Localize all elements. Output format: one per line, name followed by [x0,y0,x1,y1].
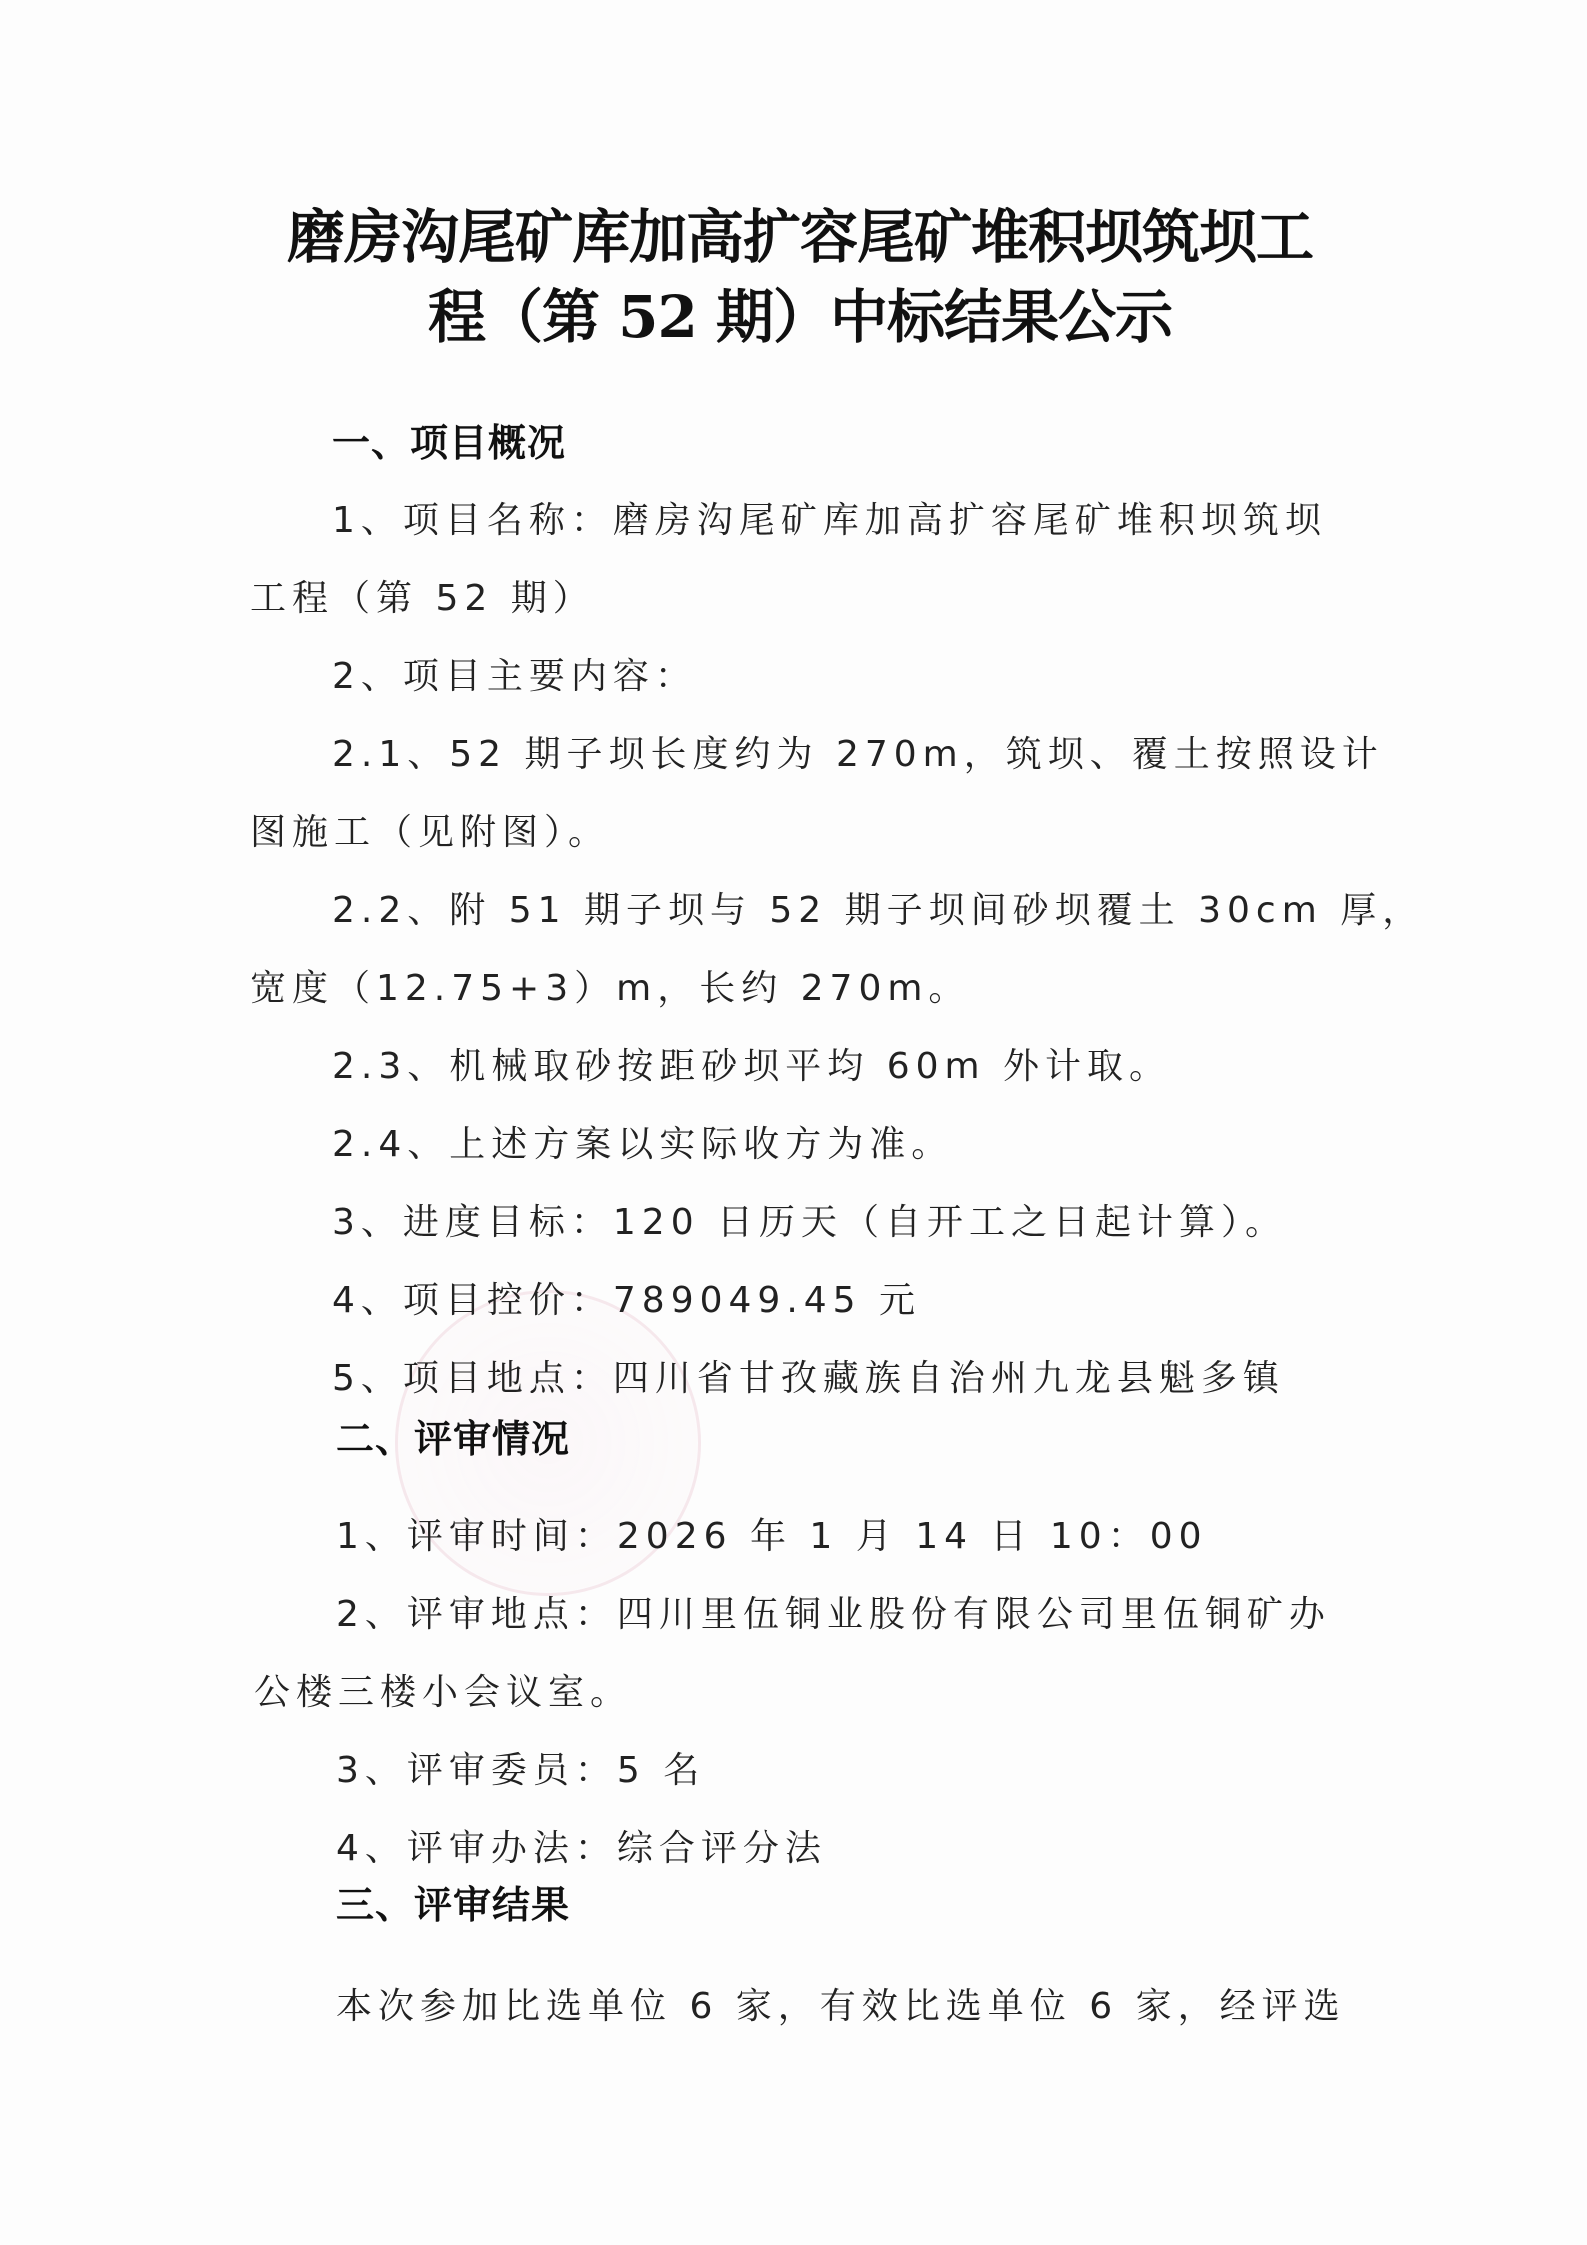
section-heading-project-overview: 一、项目概况 [332,412,566,467]
document-page: 磨房沟尾矿库加高扩容尾矿堆积坝筑坝工 程（第 52 期）中标结果公示 一、项目概… [0,0,1587,2245]
project-name-continued: 工程（第 52 期） [250,570,595,621]
project-location-line: 5、项目地点：四川省甘孜藏族自治州九龙县魁多镇 [332,1350,1285,1401]
review-method-line: 4、评审办法：综合评分法 [336,1820,827,1871]
content-item-2-1-continued: 图施工（见附图）。 [250,804,610,855]
review-location-continued: 公楼三楼小会议室。 [254,1664,632,1715]
content-item-2-1: 2.1、52 期子坝长度约为 270m，筑坝、覆土按照设计 [332,726,1384,777]
section-heading-review-result: 三、评审结果 [336,1874,570,1929]
document-title-line-2: 程（第 52 期）中标结果公示 [250,270,1350,354]
content-item-2-4: 2.4、上述方案以实际收方为准。 [332,1116,953,1167]
review-committee-line: 3、评审委员：5 名 [336,1742,705,1793]
price-control-line: 4、项目控价：789049.45 元 [332,1272,921,1323]
main-content-label: 2、项目主要内容： [332,648,697,699]
content-item-2-2: 2.2、附 51 期子坝与 52 期子坝间砂坝覆土 30cm 厚， [332,882,1424,933]
document-title-line-1: 磨房沟尾矿库加高扩容尾矿堆积坝筑坝工 [250,190,1350,274]
content-item-2-2-continued: 宽度（12.75+3）m，长约 270m。 [250,960,970,1011]
review-result-line: 本次参加比选单位 6 家，有效比选单位 6 家，经评选 [336,1978,1346,2029]
review-time-line: 1、评审时间：2026 年 1 月 14 日 10：00 [336,1508,1208,1559]
schedule-target-line: 3、进度目标：120 日历天（自开工之日起计算）。 [332,1194,1287,1245]
section-heading-review-info: 二、评审情况 [336,1408,570,1463]
content-item-2-3: 2.3、机械取砂按距砂坝平均 60m 外计取。 [332,1038,1171,1089]
project-name-line: 1、项目名称：磨房沟尾矿库加高扩容尾矿堆积坝筑坝 [332,492,1327,543]
review-location-line: 2、评审地点：四川里伍铜业股份有限公司里伍铜矿办 [336,1586,1331,1637]
